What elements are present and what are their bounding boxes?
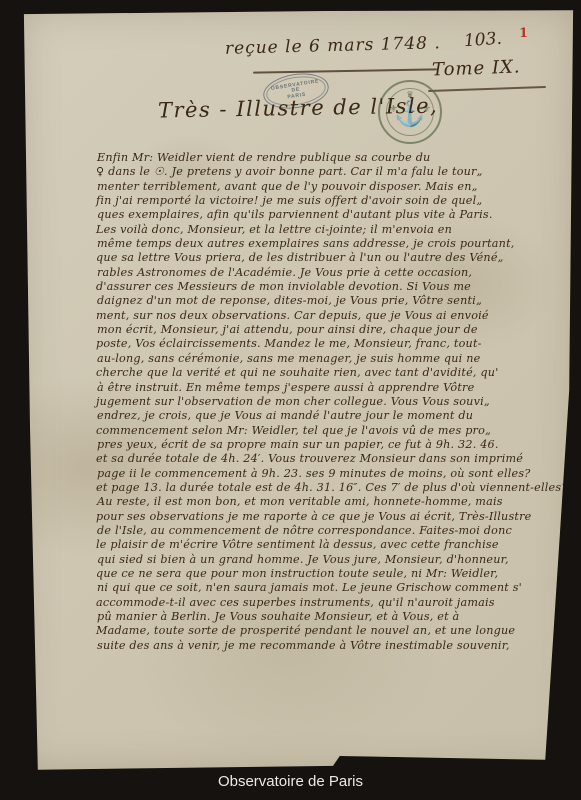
letter-line: commencement selon Mr: Weidler, tel que …	[96, 424, 558, 438]
manuscript-paper: reçue le 6 mars 1748 . 103. 1 Tome IX. O…	[20, 8, 577, 772]
letter-line: endrez, je crois, que je Vous ai mandé l…	[97, 409, 559, 423]
letter-line: et sa durée totale de 4h. 24′. Vous trou…	[96, 452, 558, 466]
letter-line: pres yeux, écrit de sa propre main sur u…	[97, 438, 559, 452]
letter-line: que sa lettre Vous priera, de les distri…	[96, 251, 558, 265]
letter-line: de l'Isle, au commencement de nôtre corr…	[97, 524, 559, 538]
letter-line: cherche que la verité et qui ne souhaite…	[96, 366, 558, 380]
letter-line: mon écrit, Monsieur, j'ai attendu, pour …	[97, 323, 559, 337]
received-note: reçue le 6 mars 1748 .	[225, 33, 441, 59]
letter-line: Les voilà donc, Monsieur, et la lettre c…	[96, 223, 558, 237]
oval-stamp-line1: OBSERVATOIRE	[271, 79, 320, 92]
letter-line: au-long, sans cérémonie, sans me menager…	[97, 352, 559, 366]
letter-line: ♀ dans le ☉. Je pretens y avoir bonne pa…	[96, 165, 558, 179]
folio-number: 103.	[463, 29, 502, 52]
letter-line: suite des ans à venir, je me recommande …	[97, 639, 559, 653]
letter-line: pour ses observations je me raporte à ce…	[96, 510, 558, 524]
oval-stamp-line2: DE	[291, 88, 300, 95]
letter-line: Au reste, il est mon bon, et mon veritab…	[97, 495, 559, 509]
letter-line: que ce ne sera que pour mon instruction …	[96, 567, 558, 581]
letter-line: à être instruit. En même temps j'espere …	[97, 381, 559, 395]
tome-underline	[428, 86, 546, 92]
letter-line: qui sied si bien à un grand homme. Je Vo…	[97, 553, 559, 567]
letter-line: même temps deux autres exemplaires sans …	[97, 237, 559, 251]
letter-line: Madame, toute sorte de prosperité pendan…	[96, 624, 558, 638]
letter-line: page ii le commencement à 9h. 23. ses 9 …	[97, 467, 559, 481]
letter-photograph: reçue le 6 mars 1748 . 103. 1 Tome IX. O…	[0, 0, 581, 800]
letter-body: Enfin Mr: Weidler vient de rendre publiq…	[96, 151, 558, 653]
letter-line: ques exemplaires, afin qu'ils parviennen…	[97, 208, 559, 222]
letter-line: et page 13. la durée totale est de 4h. 3…	[96, 481, 558, 495]
letter-line: ni qui que ce soit, n'en saura jamais mo…	[97, 581, 559, 595]
letter-line: pû manier à Berlin. Je Vous souhaite Mon…	[97, 610, 559, 624]
letter-line: menter terriblement, avant que de l'y po…	[97, 180, 559, 194]
photo-caption: Observatoire de Paris	[0, 773, 581, 790]
letter-line: poste, Vos éclaircissements. Mandez le m…	[96, 337, 558, 351]
letter-line: accommode-t-il avec ces superbes instrum…	[96, 596, 558, 610]
letter-line: jugement sur l'observation de mon cher c…	[96, 395, 558, 409]
date-underline	[253, 68, 437, 73]
letter-line: daignez d'un mot de reponse, dites-moi, …	[97, 294, 559, 308]
letter-line: Enfin Mr: Weidler vient de rendre publiq…	[97, 151, 559, 165]
red-index-mark: 1	[519, 26, 528, 41]
letter-line: fin j'ai remporté la victoire! je me sui…	[96, 194, 558, 208]
letter-line: le plaisir de m'écrire Vôtre sentiment l…	[96, 538, 558, 552]
letter-line: d'assurer ces Messieurs de mon inviolabl…	[96, 280, 558, 294]
salutation: Très - Illustre de l'Isle,	[158, 94, 439, 123]
volume-label: Tome IX.	[432, 56, 521, 80]
letter-line: ment, sur nos deux observations. Car dep…	[96, 309, 558, 323]
letter-line: rables Astronomes de l'Académie. Je Vous…	[97, 266, 559, 280]
